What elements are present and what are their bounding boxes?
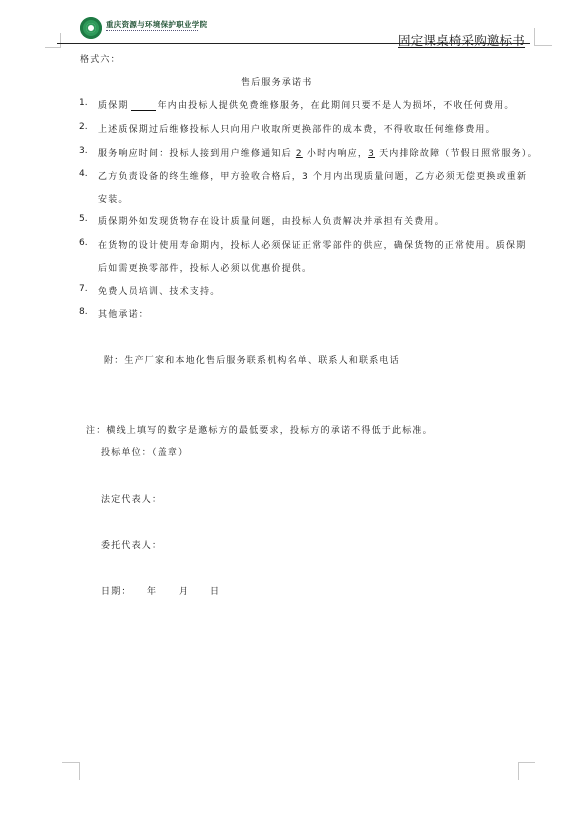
school-name: 重庆资源与环境保护职业学院	[106, 19, 207, 30]
item-number: 8.	[79, 307, 88, 317]
attachment-note: 附：生产厂家和本地化售后服务联系机构名单、联系人和联系电话	[104, 353, 400, 366]
response-hours: 2	[296, 149, 303, 159]
item-7-text: 免费人员培训、技术支持。	[98, 284, 220, 297]
item-4-text-cont: 安装。	[98, 192, 129, 205]
item-number: 6.	[79, 238, 88, 248]
requirement-note: 注：横线上填写的数字是邀标方的最低要求，投标方的承诺不得低于此标准。	[86, 423, 433, 436]
item-1-text: 质保期年内由投标人提供免费维修服务，在此期间只要不是人为损坏，不收任何费用。	[98, 98, 515, 111]
item-number: 4.	[79, 169, 88, 179]
item-2-text: 上述质保期过后维修投标人只向用户收取所更换部件的成本费，不得收取任何维修费用。	[98, 122, 496, 135]
warranty-years-blank[interactable]	[131, 101, 156, 111]
crop-mark-bottom-left	[79, 762, 80, 780]
item-number: 7.	[79, 284, 88, 294]
bidder-unit-label: 投标单位：（盖章）	[101, 445, 188, 458]
date-month: 月	[179, 584, 189, 597]
item-number: 1.	[79, 98, 88, 108]
crop-mark-top-left	[45, 47, 61, 48]
school-logo-icon	[80, 17, 102, 39]
item-5-text: 质保期外如发现货物存在设计质量问题，由投标人负责解决并承担有关费用。	[98, 214, 445, 227]
crop-mark-bottom-right	[518, 762, 519, 780]
document-title: 售后服务承诺书	[241, 75, 312, 88]
legal-rep-label: 法定代表人：	[101, 492, 162, 505]
crop-mark-top-left	[60, 33, 61, 48]
item-number: 2.	[79, 122, 88, 132]
item-3-text: 服务响应时间：投标人接到用户维修通知后 2 小时内响应，3 天内排除故障（节假日…	[98, 146, 538, 159]
item-6-text-cont: 后如需更换零部件，投标人必须以优惠价提供。	[98, 261, 312, 274]
item-4-text: 乙方负责设备的终生维修，甲方验收合格后，3 个月内出现质量问题，乙方必须无偿更换…	[98, 169, 527, 182]
format-label: 格式六：	[80, 52, 121, 65]
header-document-title: 固定课桌椅采购邀标书	[398, 31, 525, 49]
crop-mark-top-right	[534, 28, 535, 46]
crop-mark-bottom-right	[518, 762, 535, 763]
crop-mark-top-right	[534, 45, 552, 46]
header-rule	[57, 43, 530, 44]
date-day: 日	[210, 584, 220, 597]
date-year: 年	[147, 584, 157, 597]
school-name-english	[106, 30, 198, 33]
item-6-text: 在货物的设计使用寿命期内，投标人必须保证正常零部件的供应，确保货物的正常使用。质…	[98, 238, 526, 251]
authorized-rep-label: 委托代表人：	[101, 538, 162, 551]
crop-mark-bottom-left	[62, 762, 79, 763]
item-number: 3.	[79, 146, 88, 156]
item-number: 5.	[79, 214, 88, 224]
repair-days: 3	[368, 149, 375, 159]
date-label: 日期：	[101, 584, 132, 597]
item-8-text: 其他承诺：	[98, 307, 149, 320]
